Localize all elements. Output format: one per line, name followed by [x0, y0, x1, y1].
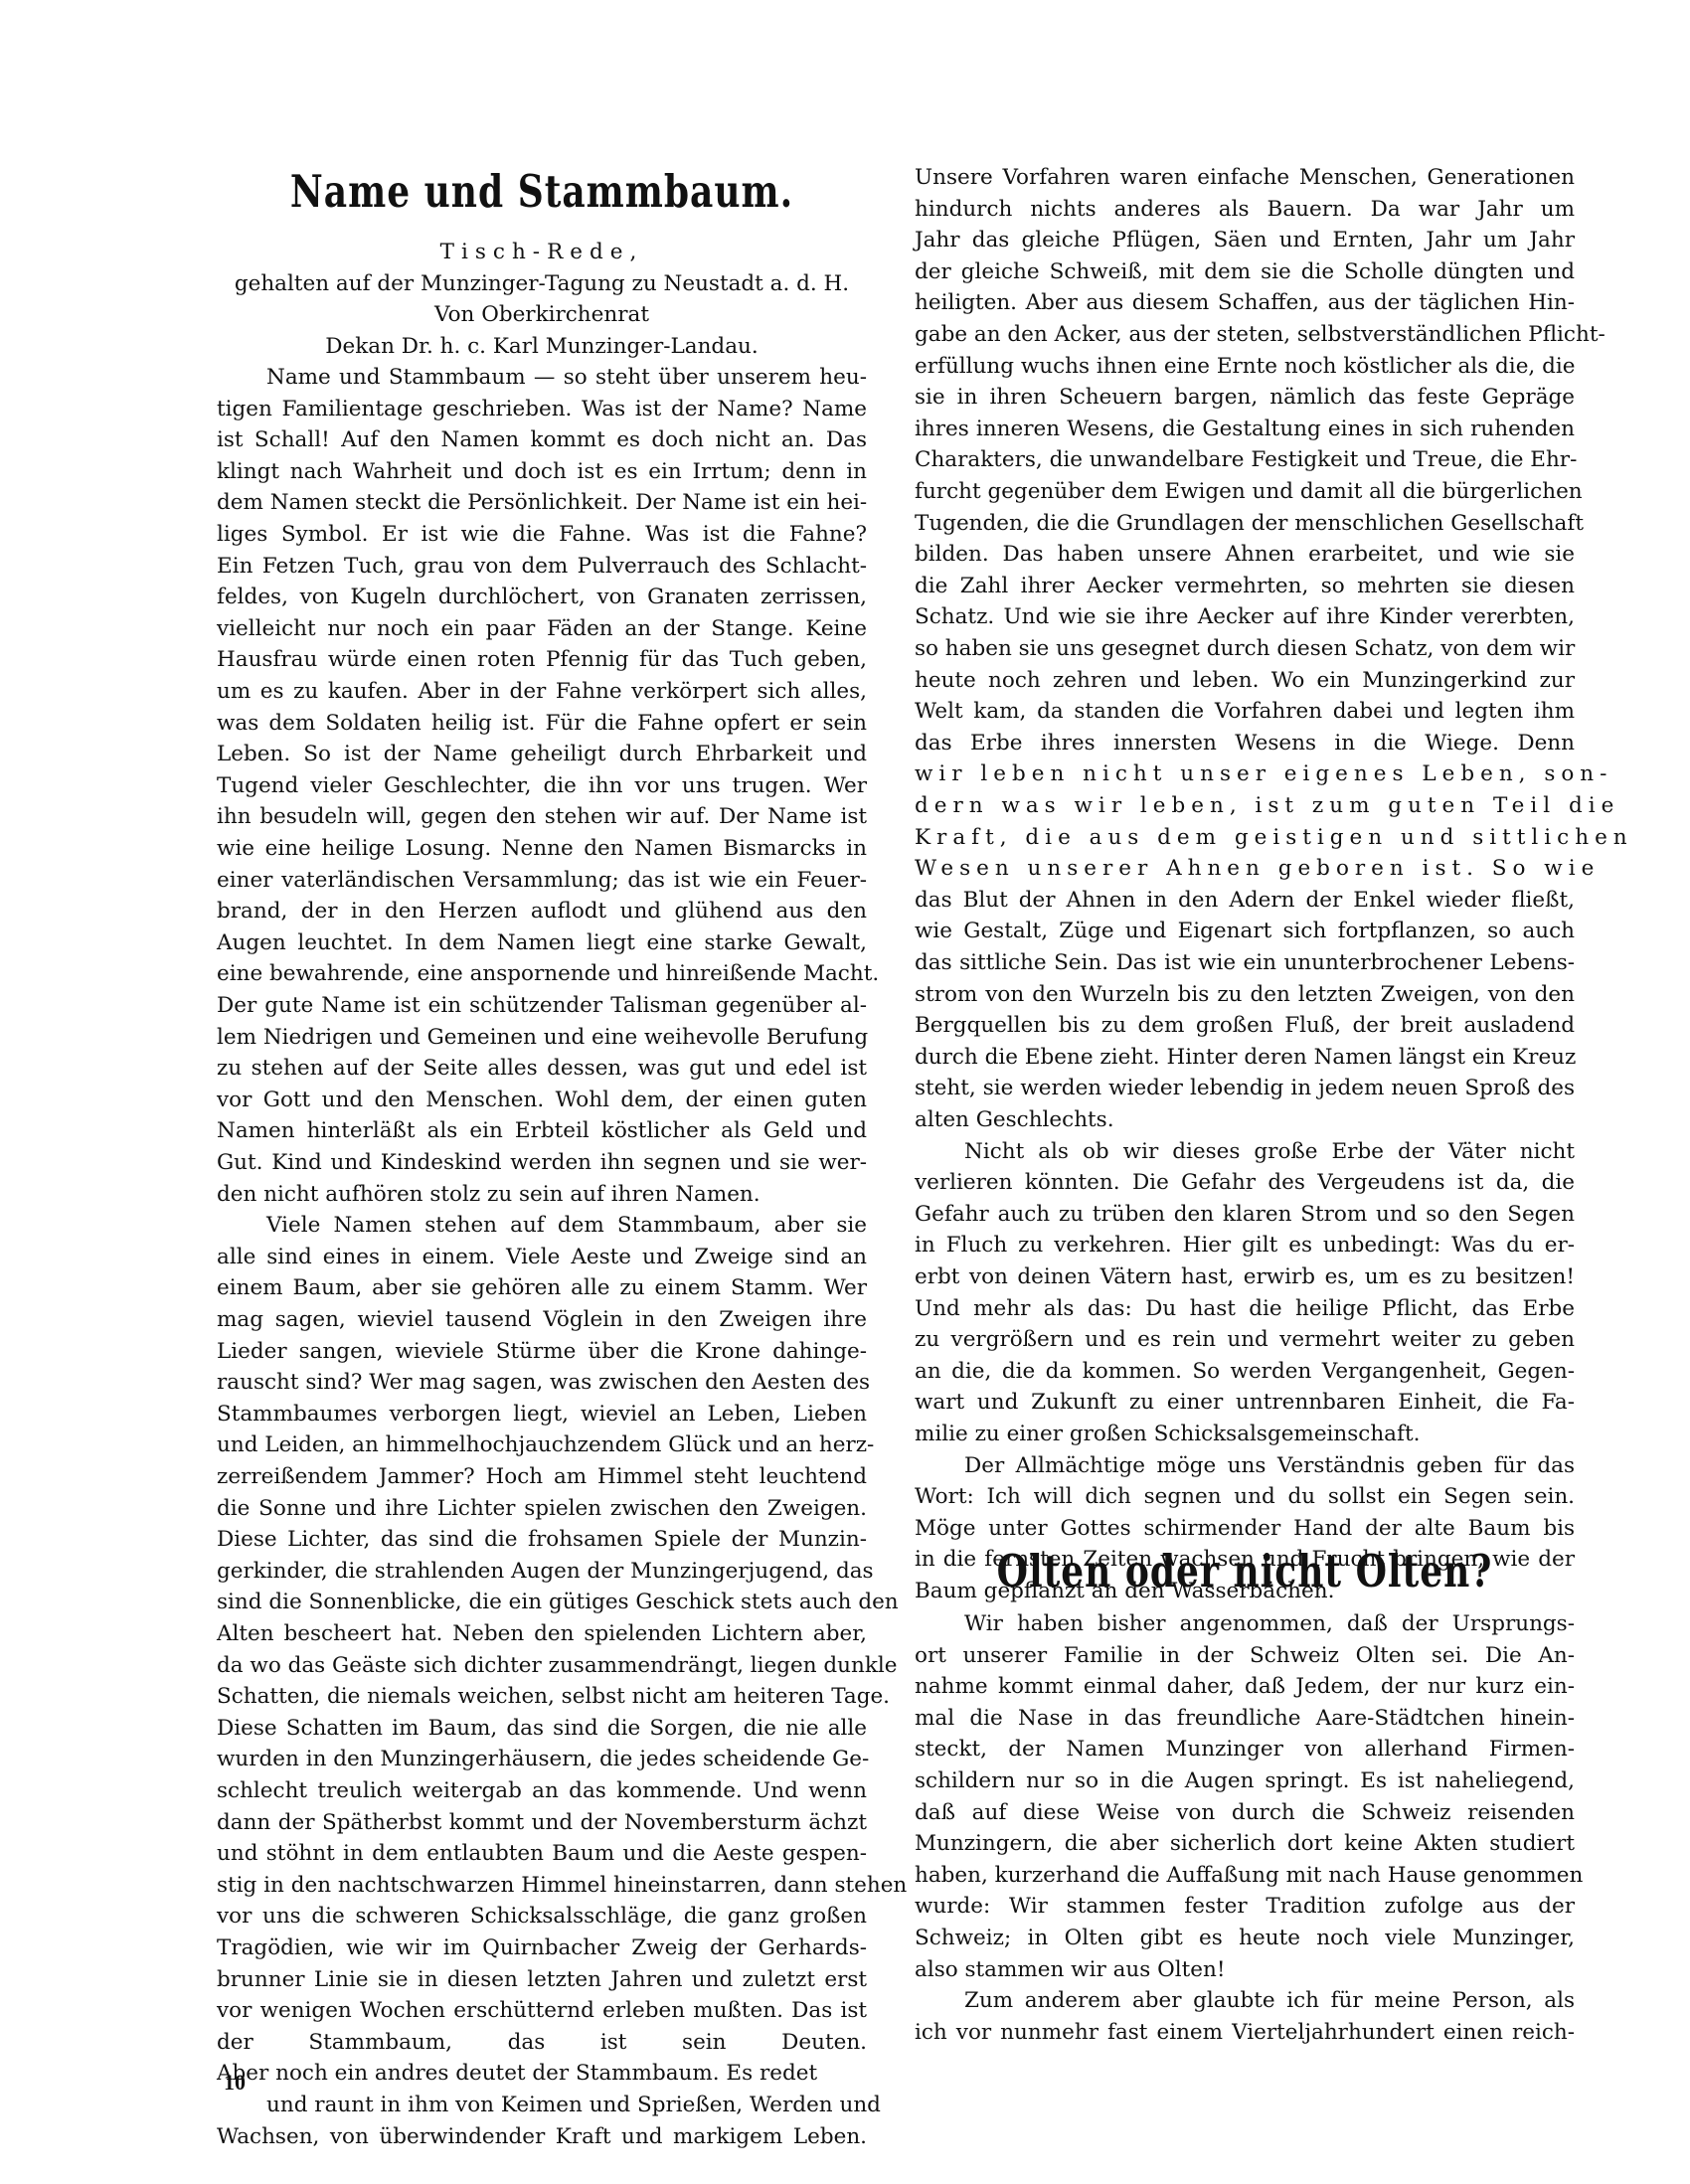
text-line: Charakters, die unwandelbare Festigkeit … — [915, 444, 1575, 475]
text-line: den nicht aufhören stolz zu sein auf ihr… — [217, 1179, 867, 1210]
text-line: Jahr das gleiche Pflügen, Säen und Ernte… — [915, 225, 1575, 255]
text-line: Schweiz; in Olten gibt es heute noch vie… — [915, 1923, 1575, 1953]
text-line: der Stammbaum, das ist sein Deuten. — [217, 2027, 867, 2058]
text-line: daß auf diese Weise von durch die Schwei… — [915, 1797, 1575, 1828]
text-line: Und mehr als das: Du hast die heilige Pf… — [915, 1293, 1575, 1324]
text-line: mal die Nase in das freundliche Aare-Stä… — [915, 1703, 1575, 1734]
text-line: Schatten, die niemals weichen, selbst ni… — [217, 1681, 867, 1712]
text-line: das Blut der Ahnen in den Adern der Enke… — [915, 885, 1575, 916]
text-line: Viele Namen stehen auf dem Stammbaum, ab… — [217, 1210, 867, 1241]
text-line: so haben sie uns gesegnet durch diesen S… — [915, 633, 1575, 664]
text-line: zerreißendem Jammer? Hoch am Himmel steh… — [217, 1461, 867, 1492]
text-line: wie eine heilige Losung. Nenne den Namen… — [217, 833, 867, 864]
text-line: also stammen wir aus Olten! — [915, 1954, 1575, 1985]
text-line: hindurch nichts anderes als Bauern. Da w… — [915, 194, 1575, 225]
text-line: Möge unter Gottes schirmender Hand der a… — [915, 1513, 1575, 1544]
text-line: ort unserer Familie in der Schweiz Olten… — [915, 1640, 1575, 1671]
text-line: Kraft, die aus dem geistigen und sittlic… — [915, 822, 1575, 853]
text-line: feldes, von Kugeln durchlöchert, von Gra… — [217, 582, 867, 612]
text-line: wie Gestalt, Züge und Eigenart sich fort… — [915, 916, 1575, 946]
text-line: die Sonne und ihre Lichter spielen zwisc… — [217, 1493, 867, 1524]
article-subtitle: Tisch-Rede, — [217, 237, 867, 267]
text-line: Wachsen, von überwindender Kraft und mar… — [217, 2121, 867, 2152]
text-line: haben, kurzerhand die Auffaßung mit nach… — [915, 1860, 1575, 1891]
text-line: da wo das Geäste sich dichter zusammendr… — [217, 1650, 867, 1681]
text-line: Lieder sangen, wieviele Stürme über die … — [217, 1336, 867, 1367]
text-line: Der gute Name ist ein schützender Talism… — [217, 990, 867, 1021]
text-line: schildern nur so in die Augen springt. E… — [915, 1765, 1575, 1796]
text-line: wart und Zukunft zu einer untrennbaren E… — [915, 1387, 1575, 1418]
text-line: liges Symbol. Er ist wie die Fahne. Was … — [217, 519, 867, 550]
text-line: rauscht sind? Wer mag sagen, was zwische… — [217, 1367, 867, 1398]
text-line: dann der Spätherbst kommt und der Novemb… — [217, 1807, 867, 1838]
text-line: Leben. So ist der Name geheiligt durch E… — [217, 739, 867, 769]
text-line: eine bewahrende, eine anspornende und hi… — [217, 958, 867, 989]
text-line: und stöhnt in dem entlaubten Baum und di… — [217, 1838, 867, 1869]
text-line: bilden. Das haben unsere Ahnen erarbeite… — [915, 539, 1575, 570]
text-line: nahme kommt einmal daher, daß Jedem, der… — [915, 1671, 1575, 1702]
article-occasion: gehalten auf der Munzinger-Tagung zu Neu… — [217, 268, 867, 299]
text-line: erfüllung wuchs ihnen eine Ernte noch kö… — [915, 351, 1575, 382]
text-line: Diese Schatten im Baum, das sind die Sor… — [217, 1713, 867, 1744]
text-line: Schatz. Und wie sie ihre Aecker auf ihre… — [915, 601, 1575, 632]
text-line: an die, die da kommen. So werden Vergang… — [915, 1356, 1575, 1387]
text-line: was dem Soldaten heilig ist. Für die Fah… — [217, 708, 867, 739]
text-line: Augen leuchtet. In dem Namen liegt eine … — [217, 927, 867, 958]
text-line: in Fluch zu verkehren. Hier gilt es unbe… — [915, 1230, 1575, 1260]
text-line: durch die Ebene zieht. Hinter deren Name… — [915, 1042, 1575, 1073]
text-line: Wort: Ich will dich segnen und du sollst… — [915, 1481, 1575, 1512]
text-line: zu stehen auf der Seite alles dessen, wa… — [217, 1053, 867, 1084]
text-line: Gefahr auch zu trüben den klaren Strom u… — [915, 1199, 1575, 1230]
text-line: Aber noch ein andres deutet der Stammbau… — [217, 2058, 867, 2089]
text-line: ich vor nunmehr fast einem Vierteljahrhu… — [915, 2017, 1575, 2048]
text-line: Gut. Kind und Kindeskind werden ihn segn… — [217, 1147, 867, 1178]
text-line: strom von den Wurzeln bis zu den letzten… — [915, 979, 1575, 1010]
text-line: schlecht treulich weitergab an das komme… — [217, 1775, 867, 1806]
text-line: wir leben nicht unser eigenes Leben, son… — [915, 758, 1575, 789]
text-line: steht, sie werden wieder lebendig in jed… — [915, 1073, 1575, 1103]
text-line: steckt, der Namen Munzinger von allerhan… — [915, 1734, 1575, 1764]
text-line: sind die Sonnenblicke, die ein gütiges G… — [217, 1587, 867, 1617]
text-line: heute noch zehren und leben. Wo ein Munz… — [915, 665, 1575, 696]
text-line: wurde: Wir stammen fester Tradition zufo… — [915, 1891, 1575, 1922]
text-line: einem Baum, aber sie gehören alle zu ein… — [217, 1272, 867, 1303]
text-line: Tugend vieler Geschlechter, die ihn vor … — [217, 770, 867, 801]
text-line: Wesen unserer Ahnen geboren ist. So wie — [915, 853, 1575, 884]
text-line: ihres inneren Wesens, die Gestaltung ein… — [915, 414, 1575, 444]
text-line: Alten bescheert hat. Neben den spielende… — [217, 1618, 867, 1649]
text-line: furcht gegenüber dem Ewigen und damit al… — [915, 476, 1575, 507]
text-line: stig in den nachtschwarzen Himmel hinein… — [217, 1870, 867, 1901]
text-line: das sittliche Sein. Das ist wie ein unun… — [915, 947, 1575, 978]
text-line: mag sagen, wieviel tausend Vöglein in de… — [217, 1304, 867, 1335]
text-line: dern was wir leben, ist zum guten Teil d… — [915, 790, 1575, 821]
text-line: zu vergrößern und es rein und vermehrt w… — [915, 1324, 1575, 1355]
text-line: heiligten. Aber aus diesem Schaffen, aus… — [915, 287, 1575, 318]
text-line: tigen Familientage geschrieben. Was ist … — [217, 394, 867, 424]
text-line: Der Allmächtige möge uns Verständnis geb… — [915, 1450, 1575, 1481]
text-line: Diese Lichter, das sind die frohsamen Sp… — [217, 1524, 867, 1555]
text-line: und raunt in ihm von Keimen und Sprießen… — [217, 2090, 867, 2120]
text-line: wurden in den Munzingerhäusern, die jede… — [217, 1744, 867, 1774]
text-line: Tragödien, wie wir im Quirnbacher Zweig … — [217, 1932, 867, 1963]
text-line: vor wenigen Wochen erschütternd erleben … — [217, 1995, 867, 2026]
text-line: vor uns die schweren Schicksalsschläge, … — [217, 1901, 867, 1932]
text-line: Ein Fetzen Tuch, grau von dem Pulverrauc… — [217, 551, 867, 582]
text-line: um es zu kaufen. Aber in der Fahne verkö… — [217, 676, 867, 707]
author-prefix: Von Oberkirchenrat — [217, 299, 867, 330]
text-line: Hausfrau würde einen roten Pfennig für d… — [217, 644, 867, 675]
article2-title: Olten oder nicht Olten? — [915, 1546, 1575, 1598]
text-line: klingt nach Wahrheit und doch ist es ein… — [217, 456, 867, 487]
text-line: dem Namen steckt die Persönlichkeit. Der… — [217, 487, 867, 518]
text-line: Bergquellen bis zu dem großen Fluß, der … — [915, 1010, 1575, 1041]
text-line: verlieren könnten. Die Gefahr des Vergeu… — [915, 1167, 1575, 1198]
text-line: der gleiche Schweiß, mit dem sie die Sch… — [915, 256, 1575, 287]
text-line: alten Geschlechts. — [915, 1104, 1575, 1135]
text-line: gabe an den Acker, aus der steten, selbs… — [915, 319, 1575, 350]
text-line: ist Schall! Auf den Namen kommt es doch … — [217, 424, 867, 455]
text-line: vielleicht nur noch ein paar Fäden an de… — [217, 613, 867, 644]
text-line: sie in ihren Scheuern bargen, nämlich da… — [915, 382, 1575, 413]
text-line: Namen hinterläßt als ein Erbteil köstlic… — [217, 1115, 867, 1146]
text-line: Welt kam, da standen die Vorfahren dabei… — [915, 696, 1575, 727]
text-line: brand, der in den Herzen auflodt und glü… — [217, 896, 867, 926]
text-line: einer vaterländischen Versammlung; das i… — [217, 865, 867, 896]
text-line: Nicht als ob wir dieses große Erbe der V… — [915, 1136, 1575, 1167]
text-line: gerkinder, die strahlenden Augen der Mun… — [217, 1556, 867, 1587]
text-line: und Leiden, an himmelhochjauchzendem Glü… — [217, 1429, 867, 1460]
text-line: milie zu einer großen Schicksalsgemeinsc… — [915, 1419, 1575, 1449]
text-line: alle sind eines in einem. Viele Aeste un… — [217, 1242, 867, 1272]
text-line: ihn besudeln will, gegen den stehen wir … — [217, 801, 867, 832]
text-line: Tugenden, die die Grundlagen der menschl… — [915, 508, 1575, 539]
text-line: die Zahl ihrer Aecker vermehrten, so meh… — [915, 571, 1575, 601]
text-line: brunner Linie sie in diesen letzten Jahr… — [217, 1964, 867, 1995]
text-line: Unsere Vorfahren waren einfache Menschen… — [915, 162, 1575, 193]
article-title: Name und Stammbaum. — [217, 166, 867, 219]
author-name: Dekan Dr. h. c. Karl Munzinger-Landau. — [217, 331, 867, 362]
text-line: erbt von deinen Vätern hast, erwirb es, … — [915, 1261, 1575, 1292]
text-line: Stammbaumes verborgen liegt, wieviel an … — [217, 1399, 867, 1429]
text-line: Zum anderem aber glaubte ich für meine P… — [915, 1985, 1575, 2016]
text-line: vor Gott und den Menschen. Wohl dem, der… — [217, 1085, 867, 1115]
text-line: Wir haben bisher angenommen, daß der Urs… — [915, 1608, 1575, 1639]
text-line: das Erbe ihres innersten Wesens in die W… — [915, 728, 1575, 758]
text-line: Munzingern, die aber sicherlich dort kei… — [915, 1828, 1575, 1859]
text-line: lem Niedrigen und Gemeinen und eine weih… — [217, 1022, 867, 1053]
page-number: 10 — [224, 2070, 246, 2096]
text-line: Name und Stammbaum — so steht über unser… — [217, 362, 867, 393]
